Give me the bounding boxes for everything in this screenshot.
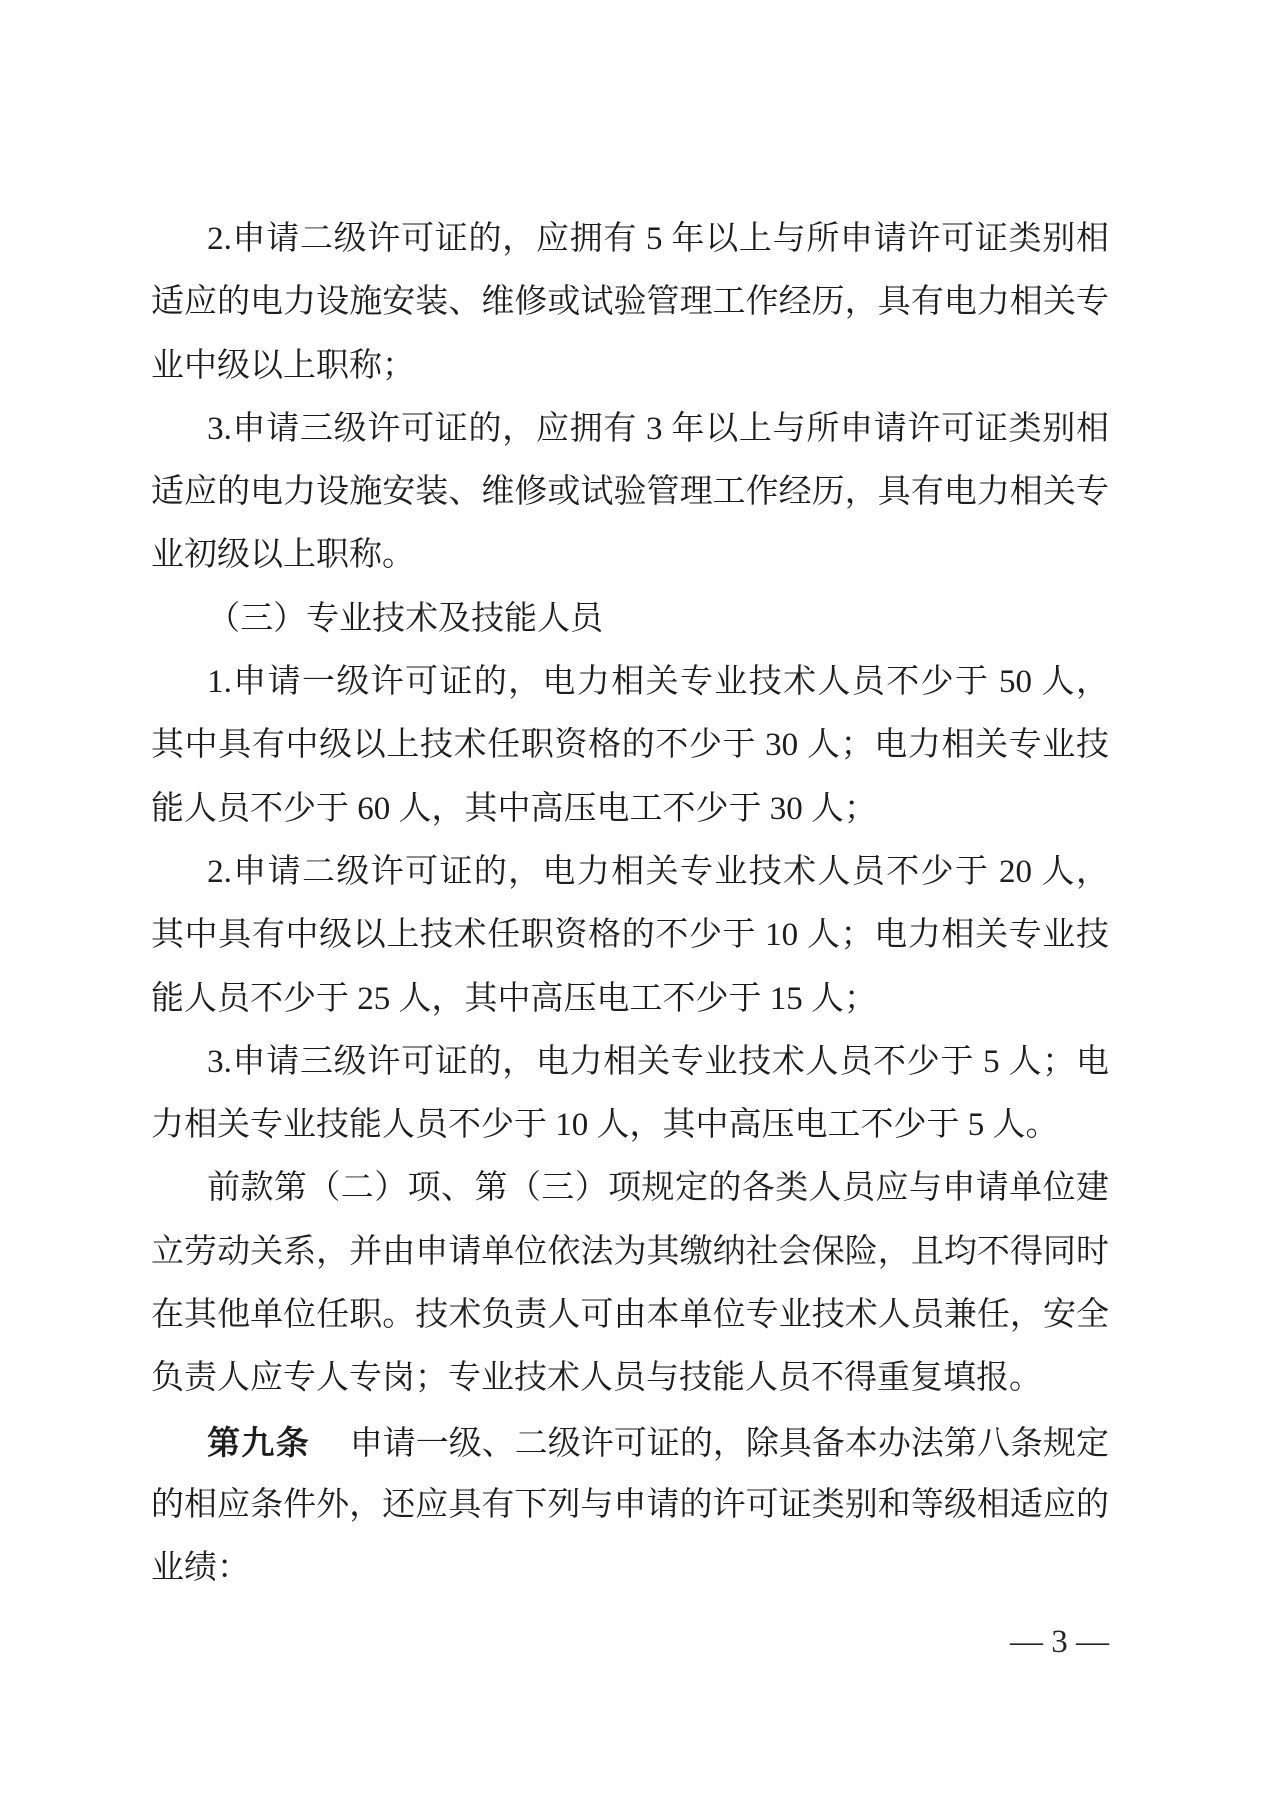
text-line: 力相关专业技能人员不少于 10 人，其中高压电工不少于 5 人。 — [151, 1094, 1109, 1157]
text-line: 其中具有中级以上技术任职资格的不少于 30 人；电力相关专业技 — [151, 714, 1109, 777]
document-body: 2.申请二级许可证的，应拥有 5 年以上与所申请许可证类别相适应的电力设施安装、… — [151, 208, 1109, 1601]
text-line: 业中级以上职称； — [151, 335, 1109, 398]
text-line: 第九条申请一级、二级许可证的，除具备本办法第八条规定 — [151, 1411, 1109, 1474]
text-line: 业绩： — [151, 1537, 1109, 1600]
text-line: 2.申请二级许可证的，电力相关专业技术人员不少于 20 人， — [151, 841, 1109, 904]
text-line: 3.申请三级许可证的，电力相关专业技术人员不少于 5 人；电 — [151, 1031, 1109, 1094]
text-line: 适应的电力设施安装、维修或试验管理工作经历，具有电力相关专 — [151, 271, 1109, 334]
text-line: 立劳动关系，并由申请单位依法为其缴纳社会保险，且均不得同时 — [151, 1221, 1109, 1284]
text-line: （三）专业技术及技能人员 — [151, 588, 1109, 651]
text-line: 业初级以上职称。 — [151, 524, 1109, 587]
text-line: 能人员不少于 60 人，其中高压电工不少于 30 人； — [151, 778, 1109, 841]
text-line: 能人员不少于 25 人，其中高压电工不少于 15 人； — [151, 968, 1109, 1031]
text-line: 2.申请二级许可证的，应拥有 5 年以上与所申请许可证类别相 — [151, 208, 1109, 271]
text-line: 适应的电力设施安装、维修或试验管理工作经历，具有电力相关专 — [151, 461, 1109, 524]
text-line: 1.申请一级许可证的，电力相关专业技术人员不少于 50 人， — [151, 651, 1109, 714]
text-line: 负责人应专人专岗；专业技术人员与技能人员不得重复填报。 — [151, 1347, 1109, 1410]
text-line: 的相应条件外，还应具有下列与申请的许可证类别和等级相适应的 — [151, 1474, 1109, 1537]
article-number-label: 第九条 — [207, 1424, 310, 1461]
document-page: 2.申请二级许可证的，应拥有 5 年以上与所申请许可证类别相适应的电力设施安装、… — [0, 0, 1280, 1810]
text-line: 3.申请三级许可证的，应拥有 3 年以上与所申请许可证类别相 — [151, 398, 1109, 461]
text-line: 其中具有中级以上技术任职资格的不少于 10 人；电力相关专业技 — [151, 904, 1109, 967]
page-number: — 3 — — [1010, 1620, 1109, 1664]
text-line: 在其他单位任职。技术负责人可由本单位专业技术人员兼任，安全 — [151, 1284, 1109, 1347]
text-line: 前款第（二）项、第（三）项规定的各类人员应与申请单位建 — [151, 1157, 1109, 1220]
